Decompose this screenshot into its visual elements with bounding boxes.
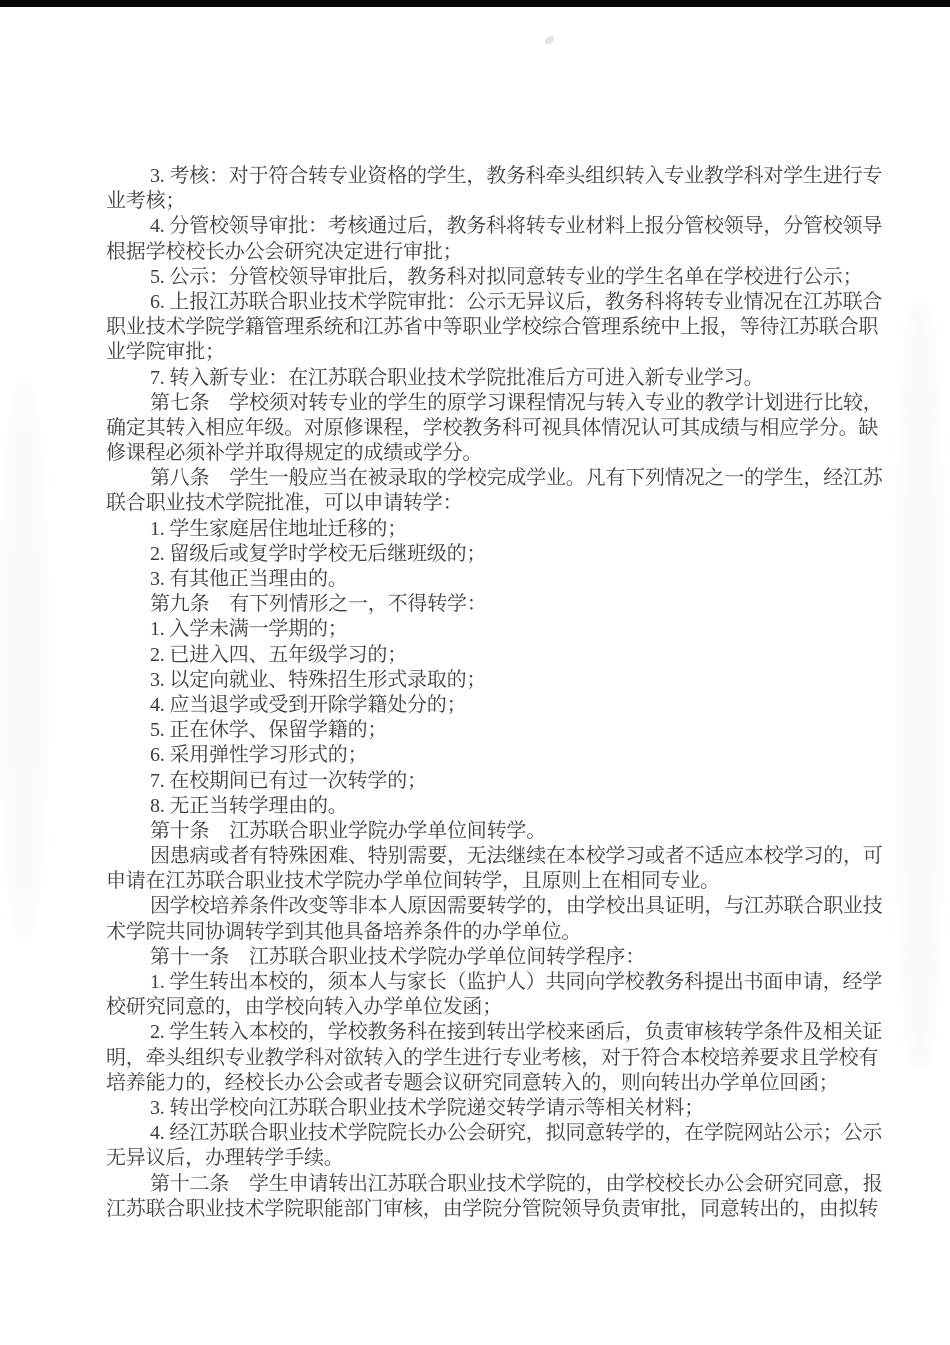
text-line: 申请在江苏联合职业技术学院办学单位间转学，且原则上在相同专业。	[106, 869, 886, 894]
text-line: 明，牵头组织专业教学科对欲转入的学生进行专业考核，对于符合本校培养要求且学校有	[106, 1046, 886, 1071]
text-line: 6. 上报江苏联合职业技术学院审批：公示无异议后，教务科将转专业情况在江苏联合	[106, 290, 886, 315]
text-line: 3. 有其他正当理由的。	[106, 567, 886, 592]
text-line: 第十二条 学生申请转出江苏联合职业技术学院的，由学校校长办公会研究同意，报	[106, 1172, 886, 1197]
text-line: 1. 学生家庭居住地址迁移的；	[106, 517, 886, 542]
text-line: 3. 以定向就业、特殊招生形式录取的；	[106, 668, 886, 693]
text-line: 业考核；	[106, 189, 886, 214]
scan-smudge-right	[898, 300, 942, 1070]
text-line: 确定其转入相应年级。对原修课程，学校教务科可视具体情况认可其成绩与相应学分。缺	[106, 416, 886, 441]
text-line: 8. 无正当转学理由的。	[106, 794, 886, 819]
text-line: 培养能力的，经校长办公会或者专题会议研究同意转入的，则向转出办学单位回函；	[106, 1071, 886, 1096]
text-line: 1. 学生转出本校的，须本人与家长（监护人）共同向学校教务科提出书面申请，经学	[106, 970, 886, 995]
document-body: 3. 考核：对于符合转专业资格的学生，教务科牵头组织转入专业教学科对学生进行专业…	[106, 164, 886, 1222]
text-line: 联合职业技术学院批准，可以申请转学：	[106, 491, 886, 516]
text-line: 业学院审批；	[106, 340, 886, 365]
document-page: 3. 考核：对于符合转专业资格的学生，教务科牵头组织转入专业教学科对学生进行专业…	[0, 0, 950, 1345]
text-line: 术学院共同协调转学到其他具备培养条件的办学单位。	[106, 920, 886, 945]
scan-artifact-top-bar	[0, 0, 950, 7]
text-line: 2. 学生转入本校的，学校教务科在接到转出学校来函后，负责审核转学条件及相关证	[106, 1020, 886, 1045]
text-line: 4. 经江苏联合职业技术学院院长办公会研究，拟同意转学的，在学院网站公示；公示	[106, 1121, 886, 1146]
text-line: 1. 入学未满一学期的；	[106, 617, 886, 642]
text-line: 第十一条 江苏联合职业技术学院办学单位间转学程序：	[106, 945, 886, 970]
text-line: 校研究同意的，由学校向转入办学单位发函；	[106, 995, 886, 1020]
text-line: 5. 正在休学、保留学籍的；	[106, 718, 886, 743]
text-line: 2. 已进入四、五年级学习的；	[106, 643, 886, 668]
text-line: 第八条 学生一般应当在被录取的学校完成学业。凡有下列情况之一的学生，经江苏	[106, 466, 886, 491]
text-line: 4. 分管校领导审批：考核通过后，教务科将转专业材料上报分管校领导，分管校领导	[106, 214, 886, 239]
text-line: 江苏联合职业技术学院职能部门审核，由学院分管院领导负责审批，同意转出的，由拟转	[106, 1197, 886, 1222]
text-line: 因学校培养条件改变等非本人原因需要转学的，由学校出具证明，与江苏联合职业技	[106, 894, 886, 919]
scan-speck	[544, 34, 556, 46]
text-line: 第十条 江苏联合职业学院办学单位间转学。	[106, 819, 886, 844]
text-line: 4. 应当退学或受到开除学籍处分的；	[106, 693, 886, 718]
text-line: 根据学校校长办公会研究决定进行审批；	[106, 240, 886, 265]
text-line: 3. 考核：对于符合转专业资格的学生，教务科牵头组织转入专业教学科对学生进行专	[106, 164, 886, 189]
text-line: 5. 公示：分管校领导审批后，教务科对拟同意转专业的学生名单在学校进行公示；	[106, 265, 886, 290]
text-line: 修课程必须补学并取得规定的成绩或学分。	[106, 441, 886, 466]
text-line: 2. 留级后或复学时学校无后继班级的；	[106, 542, 886, 567]
text-line: 7. 转入新专业：在江苏联合职业技术学院批准后方可进入新专业学习。	[106, 366, 886, 391]
text-line: 无异议后，办理转学手续。	[106, 1146, 886, 1171]
text-line: 3. 转出学校向江苏联合职业技术学院递交转学请示等相关材料；	[106, 1096, 886, 1121]
text-line: 7. 在校期间已有过一次转学的；	[106, 769, 886, 794]
text-line: 因患病或者有特殊困难、特别需要，无法继续在本校学习或者不适应本校学习的，可	[106, 844, 886, 869]
text-line: 第七条 学校须对转专业的学生的原学习课程情况与转入专业的教学计划进行比较，	[106, 391, 886, 416]
text-line: 职业技术学院学籍管理系统和江苏省中等职业学校综合管理系统中上报，等待江苏联合职	[106, 315, 886, 340]
text-line: 6. 采用弹性学习形式的；	[106, 743, 886, 768]
scan-smudge-left	[0, 380, 48, 940]
text-line: 第九条 有下列情形之一，不得转学：	[106, 592, 886, 617]
